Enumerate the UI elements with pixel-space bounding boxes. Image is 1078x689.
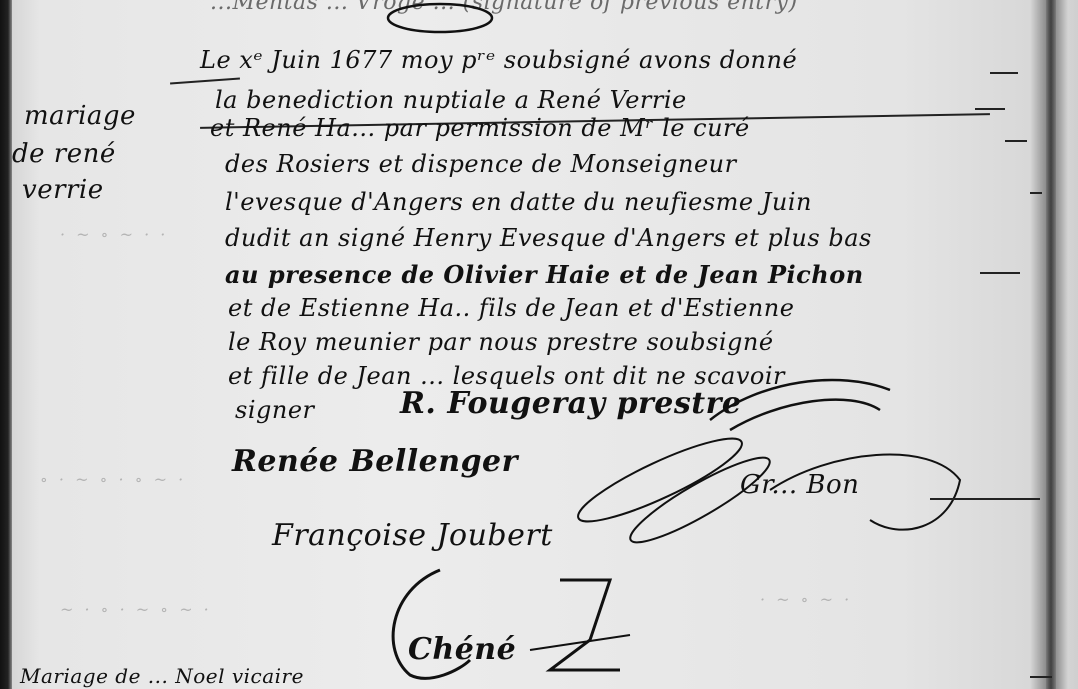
line-end-dash (1030, 676, 1052, 678)
bleed-through-text: · ~ ∘ ~ · (760, 590, 852, 609)
entry-line-9: le Roy meunier par nous prestre soubsign… (228, 328, 774, 356)
entry-line-6: dudit an signé Henry Evesque d'Angers et… (225, 224, 872, 252)
entry-line-2: la benediction nuptiale a René Verrie (215, 86, 687, 114)
entry-line-8: et de Estienne Ha.. fils de Jean et d'Es… (228, 294, 794, 322)
signature-priest: R. Fougeray prestre (400, 386, 742, 421)
margin-note-line-2: de rené (12, 138, 116, 170)
line-end-dash (1005, 140, 1027, 142)
register-page: · ~ ∘ ~ · · ∘ · ~ ∘ · ∘ ~ · ~ · ∘ · ~ ∘ … (0, 0, 1078, 689)
date-underline (170, 78, 240, 85)
line-end-dash (980, 272, 1020, 274)
line-end-dash (990, 72, 1018, 74)
signature-chene: Chéné (408, 632, 516, 667)
entry-line-7: au presence de Olivier Haie et de Jean P… (225, 260, 864, 289)
entry-line-4: des Rosiers et dispence de Monseigneur (225, 150, 737, 178)
bleed-through-text: ~ · ∘ · ~ ∘ ~ · (60, 600, 212, 619)
margin-note-line-3: verrie (22, 174, 104, 206)
signature-underline (930, 498, 1040, 500)
line-end-dash (1030, 192, 1042, 194)
entry-line-11: signer (235, 396, 315, 424)
header-flourish (380, 0, 500, 40)
binding-spine (1046, 0, 1056, 689)
signature-witness-francoise: Françoise Joubert (272, 518, 553, 553)
signature-bride: Renée Bellenger (232, 444, 518, 479)
entry-line-3: et René Ha... par permission de Mʳ le cu… (210, 114, 750, 142)
footer-fragment: Mariage de ... Noel vicaire (20, 664, 304, 688)
bleed-through-text: ∘ · ~ ∘ · ∘ ~ · (40, 470, 186, 489)
entry-line-5: l'evesque d'Angers en datte du neufiesme… (225, 188, 812, 216)
bleed-through-text: · ~ ∘ ~ · · (60, 225, 168, 244)
signature-witness: Gr... Bon (740, 470, 859, 500)
header-fragment: ...Mentas ... Vrogé ... (signature of pr… (210, 0, 798, 15)
line-end-dash (975, 108, 1005, 110)
entry-line-1: Le xᵉ Juin 1677 moy pʳᵉ soubsigné avons … (200, 46, 797, 74)
margin-note-line-1: mariage (24, 100, 136, 132)
signature-chene-flourish (370, 560, 690, 689)
page-left-edge (0, 0, 12, 689)
